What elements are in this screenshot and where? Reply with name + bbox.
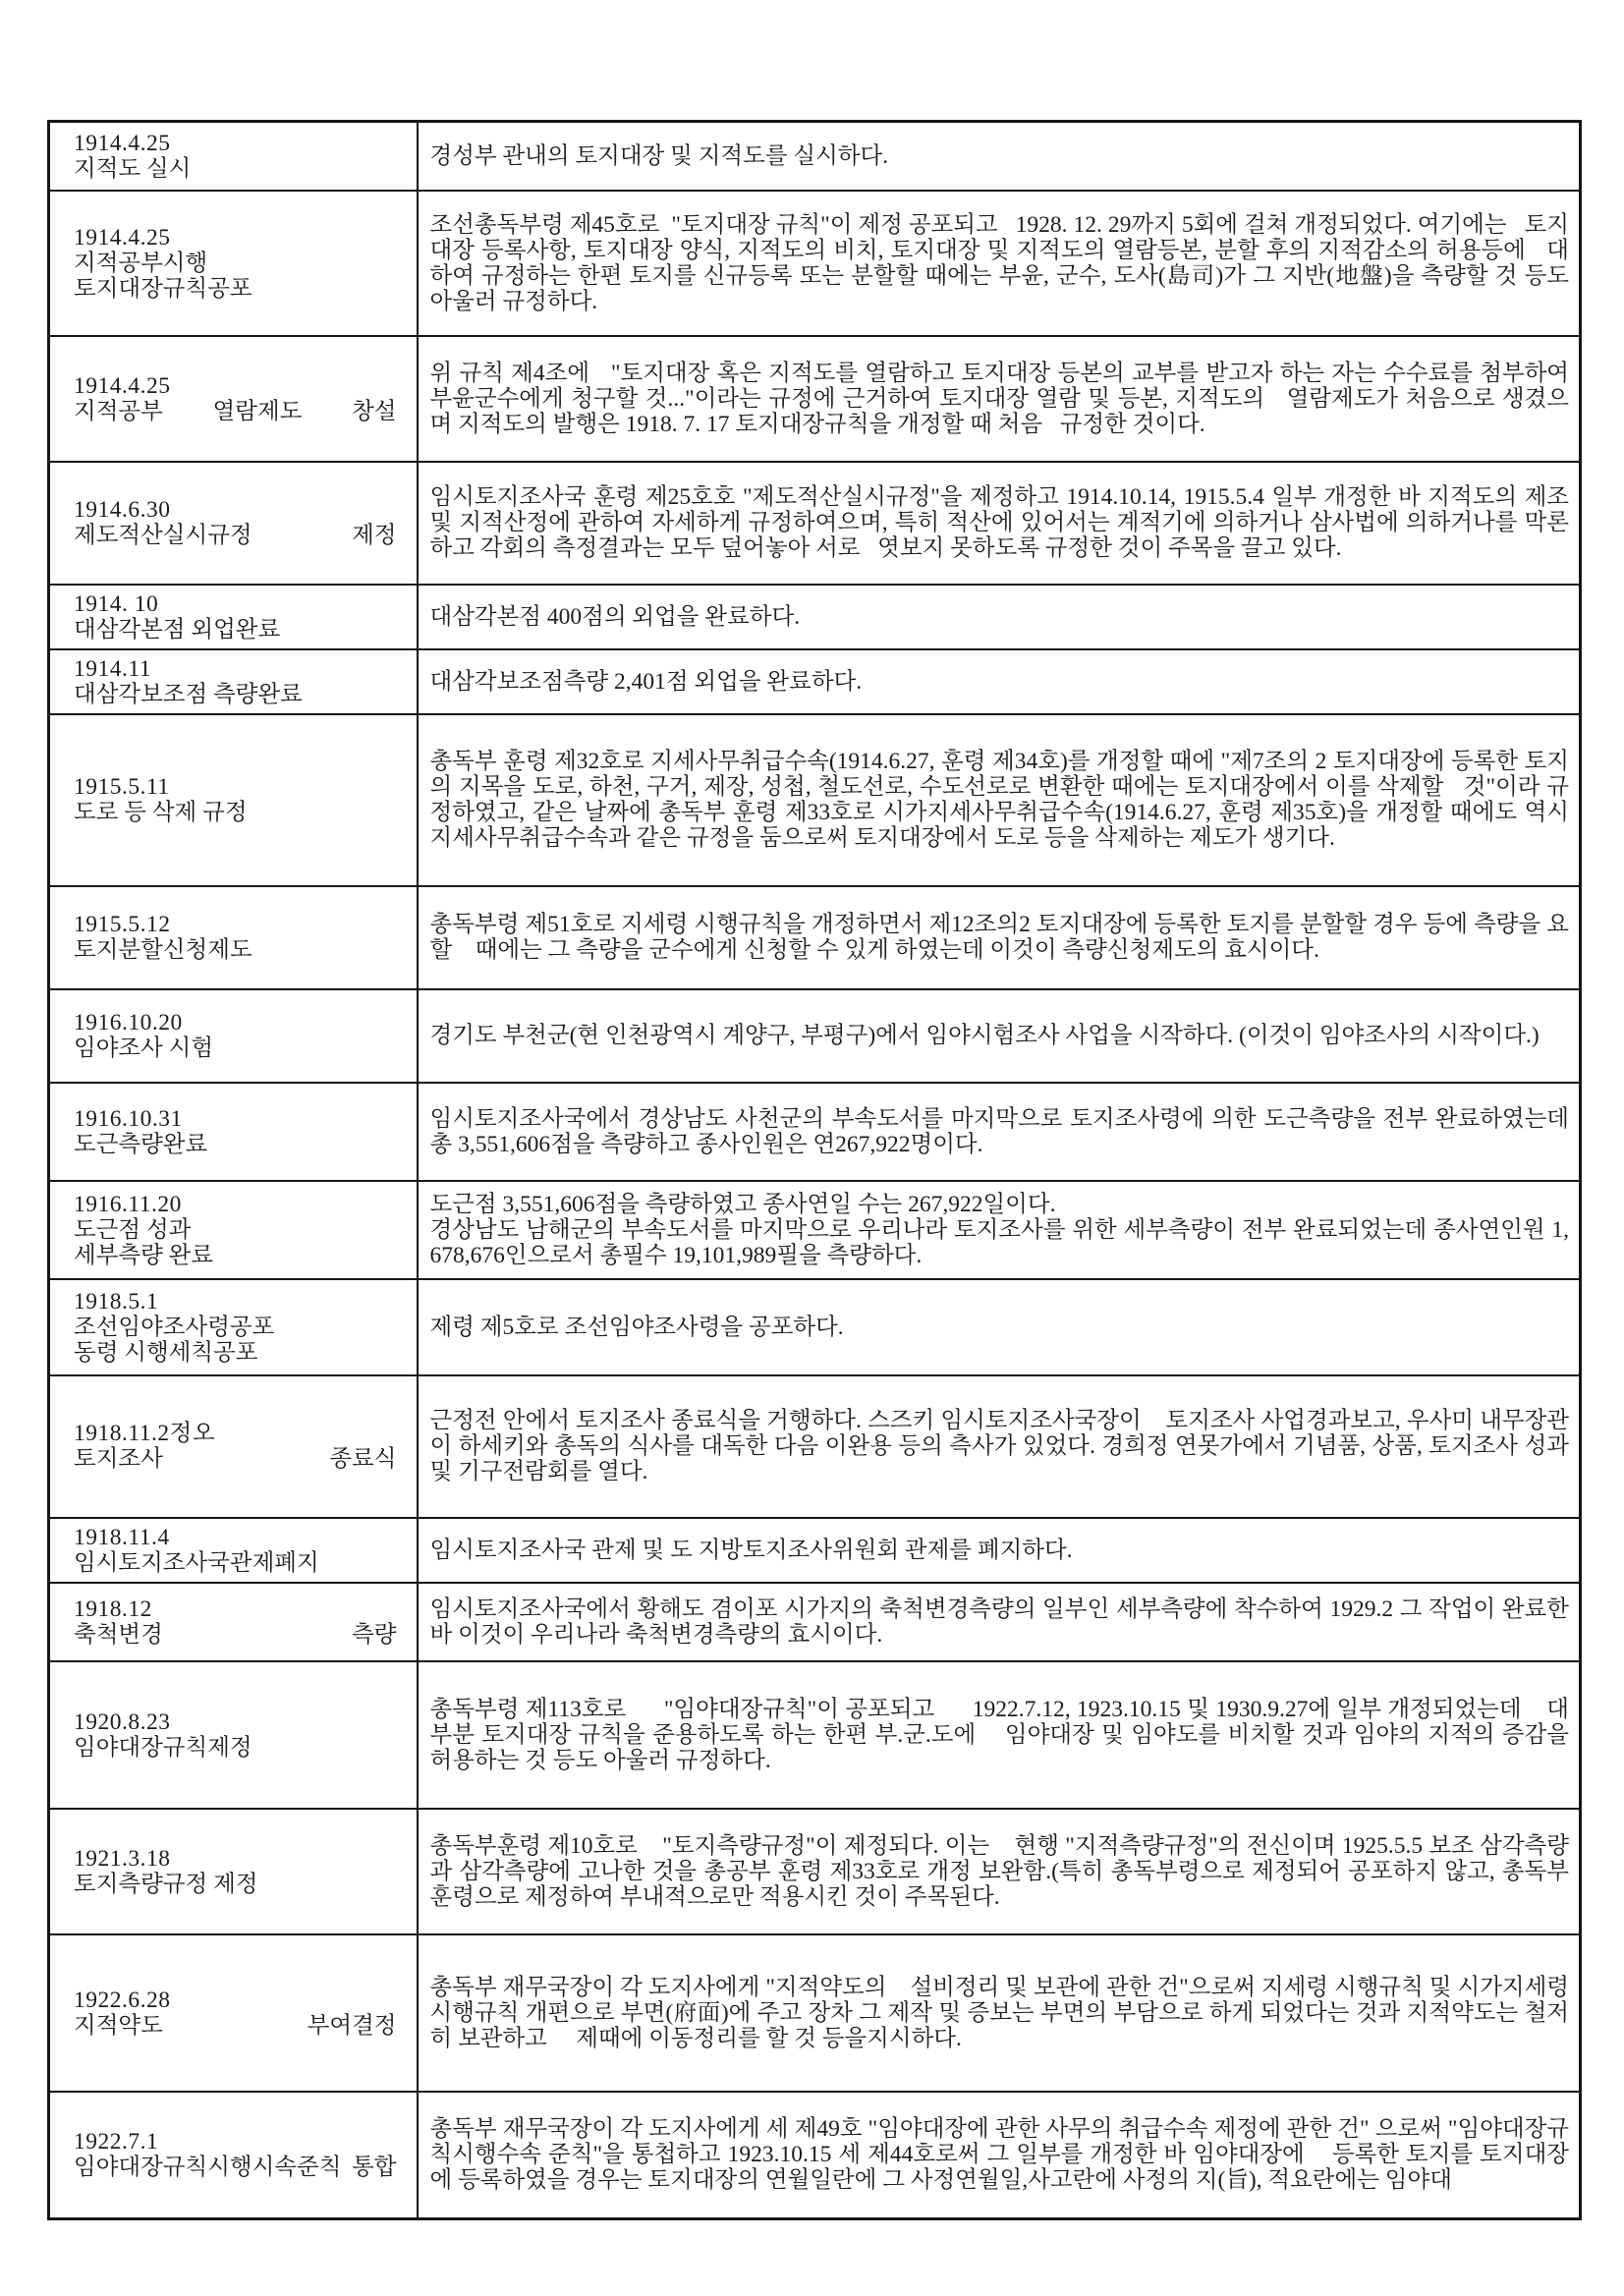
table-row: 1920.8.23 임야대장규칙제정 총독부령 제113호로 "임야대장규칙"이… (49, 1661, 1581, 1809)
event-desc-cell: 대삼각본점 400점의 외업을 완료하다. (418, 585, 1581, 649)
event-desc-cell: 총독부 재무국장이 각 도지사에게 "지적약도의 설비정리 및 보관에 관한 건… (418, 1934, 1581, 2092)
event-title: 세부측량 완료 (74, 1243, 397, 1268)
event-title: 토지조사 종료식 (74, 1446, 397, 1472)
table-row: 1916.10.20 임야조사 시험 경기도 부천군(현 인천광역시 계양구, … (49, 989, 1581, 1083)
event-date-cell: 1918.12 축척변경 측량 (49, 1583, 418, 1661)
table-row: 1918.11.2정오 토지조사 종료식 근정전 안에서 토지조사 종료식을 거… (49, 1375, 1581, 1518)
event-desc: 총독부훈령 제10호로 "토지측량규정"이 제정되다. 이는 현행 "지적측량규… (430, 1833, 1570, 1910)
event-date: 1918.11.2정오 (74, 1421, 397, 1446)
event-desc: 임시토지조사국 훈령 제25호호 "제도적산실시규정"을 제정하고 1914.1… (430, 484, 1570, 561)
event-desc: 경성부 관내의 토지대장 및 지적도를 실시하다. (430, 143, 1570, 169)
event-desc-cell: 제령 제5호로 조선임야조사령을 공포하다. (418, 1279, 1581, 1375)
event-title: 대삼각본점 외업완료 (74, 617, 397, 643)
event-date: 1921.3.18 (74, 1846, 397, 1872)
table-row: 1916.11.20 도근점 성과세부측량 완료 도근점 3,551,606점을… (49, 1181, 1581, 1279)
table-row: 1916.10.31 도근측량완료 임시토지조사국에서 경상남도 사천군의 부속… (49, 1083, 1581, 1181)
event-desc: 대삼각본점 400점의 외업을 완료하다. (430, 604, 1570, 630)
event-title: 동령 시행세칙공포 (74, 1340, 397, 1366)
event-date-cell: 1922.6.28 지적약도 부여결정 (49, 1934, 418, 2092)
table-row: 1914.11 대삼각보조점 측량완료 대삼각보조점측량 2,401점 외업을 … (49, 649, 1581, 714)
event-title: 지적공부 열람제도 창설 (74, 399, 397, 424)
event-desc: 임시토지조사국에서 황해도 겸이포 시가지의 축척변경측량의 일부인 세부측량에… (430, 1596, 1570, 1648)
event-date-cell: 1916.10.20 임야조사 시험 (49, 989, 418, 1083)
event-date: 1916.10.20 (74, 1010, 397, 1036)
event-desc: 대삼각보조점측량 2,401점 외업을 완료하다. (430, 669, 1570, 695)
event-desc-cell: 임시토지조사국에서 경상남도 사천군의 부속도서를 마지막으로 토지조사령에 의… (418, 1083, 1581, 1181)
event-desc: 총독부 재무국장이 각 도지사에게 "지적약도의 설비정리 및 보관에 관한 건… (430, 1975, 1570, 2051)
event-title: 토지대장규칙공포 (74, 276, 397, 302)
event-date-cell: 1918.5.1 조선임야조사령공포동령 시행세칙공포 (49, 1279, 418, 1375)
event-date-cell: 1916.11.20 도근점 성과세부측량 완료 (49, 1181, 418, 1279)
event-date: 1918.11.4 (74, 1525, 397, 1550)
table-row: 1914.4.25 지적공부 열람제도 창설 위 규칙 제4조에 "토지대장 혹… (49, 336, 1581, 462)
event-desc: 경기도 부천군(현 인천광역시 계양구, 부평구)에서 임야시험조사 사업을 시… (430, 1023, 1570, 1048)
event-title: 지적약도 부여결정 (74, 2013, 397, 2039)
event-title: 축척변경 측량 (74, 1622, 397, 1648)
event-title: 임야조사 시험 (74, 1036, 397, 1061)
event-date-cell: 1921.3.18 토지측량규정 제정 (49, 1809, 418, 1934)
event-title: 대삼각보조점 측량완료 (74, 682, 397, 707)
table-row: 1914.4.25 지적도 실시 경성부 관내의 토지대장 및 지적도를 실시하… (49, 122, 1581, 191)
event-desc-cell: 도근점 3,551,606점을 측량하였고 종사연일 수는 267,922일이다… (418, 1181, 1581, 1279)
event-date-cell: 1918.11.2정오 토지조사 종료식 (49, 1375, 418, 1518)
history-table: 1914.4.25 지적도 실시 경성부 관내의 토지대장 및 지적도를 실시하… (47, 120, 1582, 2220)
event-desc-cell: 임시토지조사국에서 황해도 겸이포 시가지의 축척변경측량의 일부인 세부측량에… (418, 1583, 1581, 1661)
event-desc: 위 규칙 제4조에 "토지대장 혹은 지적도를 열람하고 토지대장 등본의 교부… (430, 361, 1570, 437)
event-desc-cell: 경기도 부천군(현 인천광역시 계양구, 부평구)에서 임야시험조사 사업을 시… (418, 989, 1581, 1083)
table-row: 1918.11.4 임시토지조사국관제폐지 임시토지조사국 관제 및 도 지방토… (49, 1518, 1581, 1583)
event-date-cell: 1916.10.31 도근측량완료 (49, 1083, 418, 1181)
event-title: 도로 등 삭제 규정 (74, 800, 397, 825)
event-desc: 도근점 3,551,606점을 측량하였고 종사연일 수는 267,922일이다… (430, 1192, 1570, 1268)
event-date: 1916.10.31 (74, 1106, 397, 1132)
event-desc: 총독부령 제51호로 지세령 시행규칙을 개정하면서 제12조의2 토지대장에 … (430, 912, 1570, 963)
event-title: 토지분할신청제도 (74, 937, 397, 963)
event-date: 1914. 10 (74, 591, 397, 617)
event-date-cell: 1914.4.25 지적도 실시 (49, 122, 418, 191)
event-desc: 근정전 안에서 토지조사 종료식을 거행하다. 스즈키 임시토지조사국장이 토지… (430, 1408, 1570, 1484)
table-row: 1918.5.1 조선임야조사령공포동령 시행세칙공포 제령 제5호로 조선임야… (49, 1279, 1581, 1375)
event-date: 1915.5.11 (74, 774, 397, 800)
table-row: 1922.6.28 지적약도 부여결정 총독부 재무국장이 각 도지사에게 "지… (49, 1934, 1581, 2092)
event-desc: 총독부 재무국장이 각 도지사에게 세 제49호 "임야대장에 관한 사무의 취… (430, 2116, 1570, 2193)
event-desc-cell: 근정전 안에서 토지조사 종료식을 거행하다. 스즈키 임시토지조사국장이 토지… (418, 1375, 1581, 1518)
event-desc-cell: 임시토지조사국 관제 및 도 지방토지조사위원회 관제를 폐지하다. (418, 1518, 1581, 1583)
event-date-cell: 1918.11.4 임시토지조사국관제폐지 (49, 1518, 418, 1583)
event-date: 1922.6.28 (74, 1988, 397, 2013)
event-desc-cell: 대삼각보조점측량 2,401점 외업을 완료하다. (418, 649, 1581, 714)
event-title: 도근측량완료 (74, 1132, 397, 1157)
event-date-cell: 1915.5.12 토지분할신청제도 (49, 886, 418, 989)
event-title: 임야대장규칙시행시속준칙 통합 (74, 2155, 397, 2180)
event-date: 1918.5.1 (74, 1289, 397, 1315)
event-title: 지적공부시행 (74, 251, 397, 276)
event-desc: 제령 제5호로 조선임야조사령을 공포하다. (430, 1315, 1570, 1340)
event-desc-cell: 경성부 관내의 토지대장 및 지적도를 실시하다. (418, 122, 1581, 191)
event-desc: 임시토지조사국 관제 및 도 지방토지조사위원회 관제를 폐지하다. (430, 1538, 1570, 1563)
event-title: 지적도 실시 (74, 156, 397, 182)
event-date: 1915.5.12 (74, 912, 397, 937)
event-desc-cell: 조선총독부령 제45호로 "토지대장 규칙"이 제정 공포되고 1928. 12… (418, 191, 1581, 336)
event-title: 도근점 성과 (74, 1217, 397, 1243)
event-date: 1914.4.25 (74, 225, 397, 251)
event-date-cell: 1914.11 대삼각보조점 측량완료 (49, 649, 418, 714)
history-table-body: 1914.4.25 지적도 실시 경성부 관내의 토지대장 및 지적도를 실시하… (49, 122, 1581, 2219)
event-date: 1918.12 (74, 1596, 397, 1622)
table-row: 1914.6.30 제도적산실시규정 제정 임시토지조사국 훈령 제25호호 "… (49, 462, 1581, 585)
event-date-cell: 1914.6.30 제도적산실시규정 제정 (49, 462, 418, 585)
event-desc: 총독부령 제113호로 "임야대장규칙"이 공포되고 1922.7.12, 19… (430, 1697, 1570, 1773)
event-date: 1914.4.25 (74, 373, 397, 399)
event-desc-cell: 총독부령 제113호로 "임야대장규칙"이 공포되고 1922.7.12, 19… (418, 1661, 1581, 1809)
event-title: 제도적산실시규정 제정 (74, 523, 397, 548)
event-date: 1922.7.1 (74, 2129, 397, 2155)
event-date: 1914.11 (74, 656, 397, 682)
event-date-cell: 1914.4.25 지적공부시행토지대장규칙공포 (49, 191, 418, 336)
event-title: 토지측량규정 제정 (74, 1872, 397, 1897)
event-date-cell: 1914.4.25 지적공부 열람제도 창설 (49, 336, 418, 462)
event-title: 임시토지조사국관제폐지 (74, 1550, 397, 1576)
event-desc-cell: 임시토지조사국 훈령 제25호호 "제도적산실시규정"을 제정하고 1914.1… (418, 462, 1581, 585)
table-row: 1918.12 축척변경 측량 임시토지조사국에서 황해도 겸이포 시가지의 축… (49, 1583, 1581, 1661)
table-row: 1914. 10 대삼각본점 외업완료 대삼각본점 400점의 외업을 완료하다… (49, 585, 1581, 649)
event-desc-cell: 총독부 훈령 제32호로 지세사무취급수속(1914.6.27, 훈령 제34호… (418, 714, 1581, 886)
table-row: 1915.5.11 도로 등 삭제 규정 총독부 훈령 제32호로 지세사무취급… (49, 714, 1581, 886)
event-date-cell: 1922.7.1 임야대장규칙시행시속준칙 통합 (49, 2092, 418, 2219)
table-row: 1915.5.12 토지분할신청제도 총독부령 제51호로 지세령 시행규칙을 … (49, 886, 1581, 989)
event-date-cell: 1920.8.23 임야대장규칙제정 (49, 1661, 418, 1809)
event-date: 1916.11.20 (74, 1192, 397, 1217)
event-desc: 임시토지조사국에서 경상남도 사천군의 부속도서를 마지막으로 토지조사령에 의… (430, 1106, 1570, 1157)
table-row: 1914.4.25 지적공부시행토지대장규칙공포 조선총독부령 제45호로 "토… (49, 191, 1581, 336)
event-desc: 총독부 훈령 제32호로 지세사무취급수속(1914.6.27, 훈령 제34호… (430, 749, 1570, 851)
event-date: 1914.6.30 (74, 497, 397, 523)
event-date: 1914.4.25 (74, 131, 397, 156)
event-date-cell: 1915.5.11 도로 등 삭제 규정 (49, 714, 418, 886)
event-title: 조선임야조사령공포 (74, 1315, 397, 1340)
table-row: 1922.7.1 임야대장규칙시행시속준칙 통합 총독부 재무국장이 각 도지사… (49, 2092, 1581, 2219)
table-row: 1921.3.18 토지측량규정 제정 총독부훈령 제10호로 "토지측량규정"… (49, 1809, 1581, 1934)
event-desc-cell: 위 규칙 제4조에 "토지대장 혹은 지적도를 열람하고 토지대장 등본의 교부… (418, 336, 1581, 462)
event-title: 임야대장규칙제정 (74, 1735, 397, 1761)
document-page: 1914.4.25 지적도 실시 경성부 관내의 토지대장 및 지적도를 실시하… (0, 0, 1624, 2296)
event-desc-cell: 총독부훈령 제10호로 "토지측량규정"이 제정되다. 이는 현행 "지적측량규… (418, 1809, 1581, 1934)
event-desc-cell: 총독부 재무국장이 각 도지사에게 세 제49호 "임야대장에 관한 사무의 취… (418, 2092, 1581, 2219)
event-date: 1920.8.23 (74, 1709, 397, 1735)
event-date-cell: 1914. 10 대삼각본점 외업완료 (49, 585, 418, 649)
event-desc-cell: 총독부령 제51호로 지세령 시행규칙을 개정하면서 제12조의2 토지대장에 … (418, 886, 1581, 989)
event-desc: 조선총독부령 제45호로 "토지대장 규칙"이 제정 공포되고 1928. 12… (430, 212, 1570, 314)
